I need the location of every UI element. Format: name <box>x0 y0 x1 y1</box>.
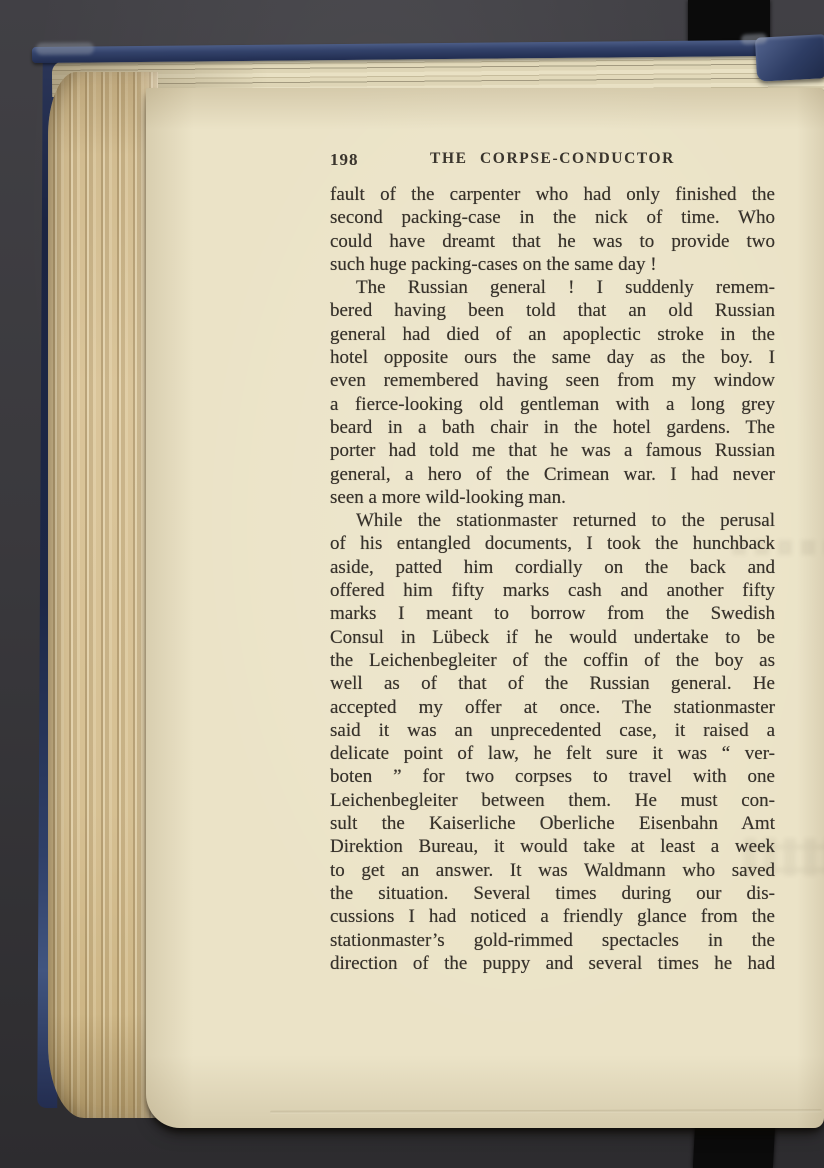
body-line: to get an answer. It was Waldmann who sa… <box>330 859 775 882</box>
body-line: Leichenbegleiter between them. He must c… <box>330 789 775 812</box>
page-number: 198 <box>330 150 359 170</box>
showthrough-smudge <box>732 540 824 555</box>
paragraph: fault of the carpenter who had only fini… <box>330 183 775 276</box>
body-line: second packing-case in the nick of time.… <box>330 206 775 229</box>
body-line: While the stationmaster returned to the … <box>330 509 775 532</box>
body-line: a fierce-looking old gentleman with a lo… <box>330 393 775 416</box>
body-line: well as of that of the Russian general. … <box>330 672 775 695</box>
body-line: such huge packing-cases on the same day … <box>330 253 775 276</box>
body-line: stationmaster’s gold-rimmed spectacles i… <box>330 929 775 952</box>
body-line: the Leichenbegleiter of the coffin of th… <box>330 649 775 672</box>
body-line: Consul in Lübeck if he would undertake t… <box>330 626 775 649</box>
body-line: beard in a bath chair in the hotel garde… <box>330 416 775 439</box>
page-header: 198 THE CORPSE-CONDUCTOR <box>330 150 775 172</box>
paragraph: While the stationmaster returned to the … <box>330 509 775 975</box>
page-text-block: fault of the carpenter who had only fini… <box>330 183 775 975</box>
page-fore-edges <box>48 72 158 1118</box>
body-line: offered him fifty marks cash and another… <box>330 579 775 602</box>
book-photo-scene: 198 THE CORPSE-CONDUCTOR fault of the ca… <box>0 0 824 1168</box>
body-line: said it was an unprecedented case, it ra… <box>330 719 775 742</box>
body-line: aside, patted him cordially on the back … <box>330 556 775 579</box>
body-line: bered having been told that an old Russi… <box>330 299 775 322</box>
body-line: could have dreamt that he was to provide… <box>330 230 775 253</box>
body-line: cussions I had noticed a friendly glance… <box>330 905 775 928</box>
body-line: porter had told me that he was a famous … <box>330 439 775 462</box>
body-line: boten ” for two corpses to travel with o… <box>330 765 775 788</box>
body-line: direction of the puppy and several times… <box>330 952 775 975</box>
body-line: The Russian general ! I suddenly remem- <box>330 276 775 299</box>
book-cover-corner <box>755 34 824 82</box>
running-header: THE CORPSE-CONDUCTOR <box>430 150 675 167</box>
book-page: 198 THE CORPSE-CONDUCTOR fault of the ca… <box>146 88 824 1128</box>
showthrough-smudge <box>744 838 824 876</box>
body-line: Direktion Bureau, it would take at least… <box>330 835 775 858</box>
body-line: general had died of an apoplectic stroke… <box>330 323 775 346</box>
body-line: hotel opposite ours the same day as the … <box>330 346 775 369</box>
body-line: seen a more wild-looking man. <box>330 486 775 509</box>
body-line: of his entangled documents, I took the h… <box>330 532 775 555</box>
body-line: the situation. Several times during our … <box>330 882 775 905</box>
body-line: sult the Kaiserliche Oberliche Eisenbahn… <box>330 812 775 835</box>
body-line: accepted my offer at once. The stationma… <box>330 696 775 719</box>
book-stand-strap-bottom <box>693 1124 775 1168</box>
body-line: delicate point of law, he felt sure it w… <box>330 742 775 765</box>
body-line: marks I meant to borrow from the Swedish <box>330 602 775 625</box>
body-line: general, a hero of the Crimean war. I ha… <box>330 463 775 486</box>
paragraph: The Russian general ! I suddenly remem-b… <box>330 276 775 509</box>
body-line: fault of the carpenter who had only fini… <box>330 183 775 206</box>
body-line: even remembered having seen from my wind… <box>330 369 775 392</box>
